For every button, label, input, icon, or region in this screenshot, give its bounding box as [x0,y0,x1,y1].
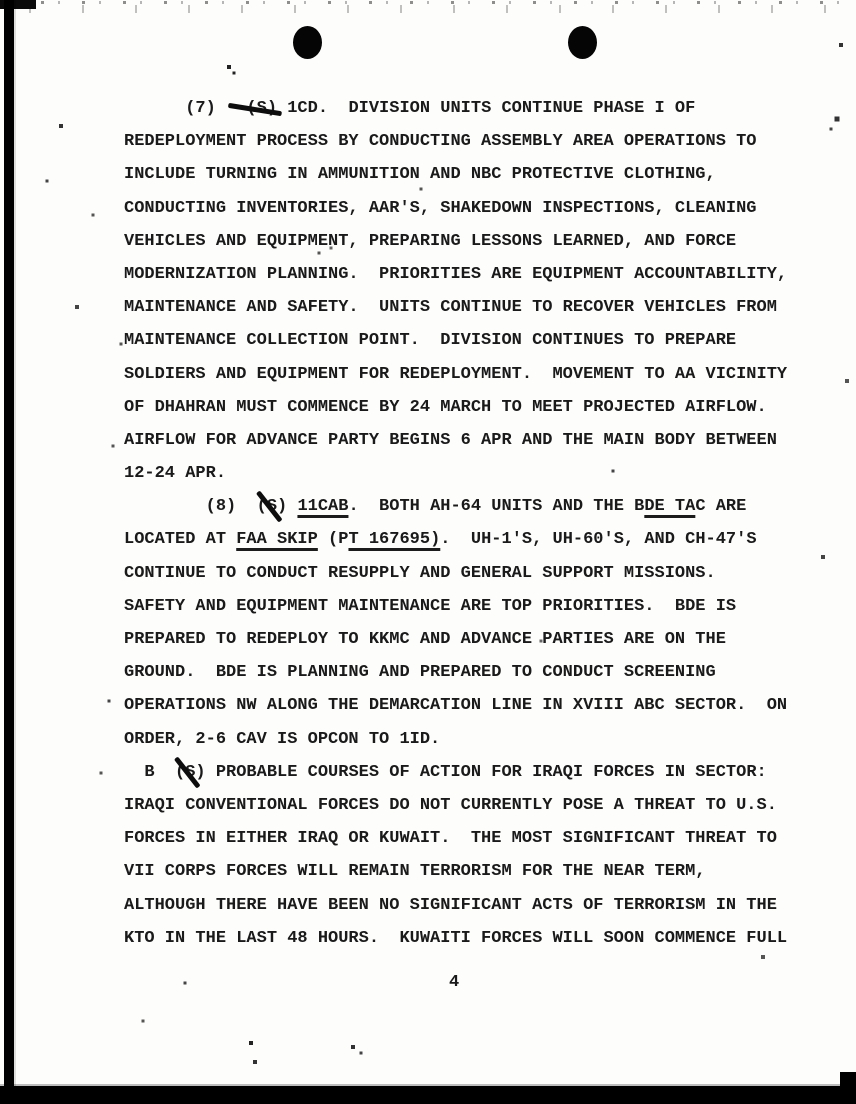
struck-classification-marking: (S) [246,92,277,125]
scanned-document-page: (7) (S) 1CD. DIVISION UNITS CONTINUE PHA… [0,0,856,1104]
text-segment: SOLDIERS AND EQUIPMENT FOR REDEPLOYMENT.… [124,365,787,384]
text-segment: (P [318,530,349,549]
text-line: ALTHOUGH THERE HAVE BEEN NO SIGNIFICANT … [124,889,804,922]
text-segment: CONDUCTING INVENTORIES, AAR'S, SHAKEDOWN… [124,199,757,218]
text-line: 12-24 APR. [124,457,804,490]
text-segment: ALTHOUGH THERE HAVE BEEN NO SIGNIFICANT … [124,896,777,915]
text-segment: MAINTENANCE AND SAFETY. UNITS CONTINUE T… [124,298,777,317]
scan-edge-bottom [0,1086,856,1104]
text-line: GROUND. BDE IS PLANNING AND PREPARED TO … [124,656,804,689]
text-segment: (7) [124,99,246,118]
text-segment: . BOTH AH-64 UNITS AND THE B [348,497,644,516]
scan-edge-left [4,0,14,1104]
text-segment: MODERNIZATION PLANNING. PRIORITIES ARE E… [124,265,787,284]
text-line: PREPARED TO REDEPLOY TO KKMC AND ADVANCE… [124,623,804,656]
text-segment: PREPARED TO REDEPLOY TO KKMC AND ADVANCE… [124,630,726,649]
text-line: KTO IN THE LAST 48 HOURS. KUWAITI FORCES… [124,922,804,955]
text-segment: C ARE [695,497,746,516]
text-segment: PROBABLE COURSES OF ACTION FOR IRAQI FOR… [206,763,767,782]
text-line: LOCATED AT FAA SKIP (PT 167695). UH-1'S,… [124,523,804,556]
text-line: (8) (S) 11CAB. BOTH AH-64 UNITS AND THE … [124,490,804,523]
text-line: (7) (S) 1CD. DIVISION UNITS CONTINUE PHA… [124,92,804,125]
text-line: MODERNIZATION PLANNING. PRIORITIES ARE E… [124,258,804,291]
text-line: INCLUDE TURNING IN AMMUNITION AND NBC PR… [124,158,804,191]
text-line: CONDUCTING INVENTORIES, AAR'S, SHAKEDOWN… [124,192,804,225]
underlined-text: T 167695) [348,530,440,549]
text-segment: FORCES IN EITHER IRAQ OR KUWAIT. THE MOS… [124,829,777,848]
text-segment: SAFETY AND EQUIPMENT MAINTENANCE ARE TOP… [124,597,736,616]
text-line: OPERATIONS NW ALONG THE DEMARCATION LINE… [124,689,804,722]
text-segment: INCLUDE TURNING IN AMMUNITION AND NBC PR… [124,165,716,184]
underlined-text: 11CAB [297,497,348,516]
text-segment: 1CD. DIVISION UNITS CONTINUE PHASE I OF [277,99,695,118]
text-line: ORDER, 2-6 CAV IS OPCON TO 1ID. [124,723,804,756]
text-line: B (S) PROBABLE COURSES OF ACTION FOR IRA… [124,756,804,789]
text-segment: . UH-1'S, UH-60'S, AND CH-47'S [440,530,756,549]
text-line: SOLDIERS AND EQUIPMENT FOR REDEPLOYMENT.… [124,358,804,391]
document-body: (7) (S) 1CD. DIVISION UNITS CONTINUE PHA… [124,92,804,955]
scan-noise-top-edge [0,0,856,13]
text-segment: KTO IN THE LAST 48 HOURS. KUWAITI FORCES… [124,929,787,948]
text-segment: (8) [124,497,257,516]
text-line: MAINTENANCE AND SAFETY. UNITS CONTINUE T… [124,291,804,324]
text-line: OF DHAHRAN MUST COMMENCE BY 24 MARCH TO … [124,391,804,424]
text-segment: REDEPLOYMENT PROCESS BY CONDUCTING ASSEM… [124,132,757,151]
text-segment: VII CORPS FORCES WILL REMAIN TERRORISM F… [124,862,706,881]
underlined-text: DE TA [644,497,695,516]
scan-speckle-noise [0,0,2,2]
text-segment: 12-24 APR. [124,464,226,483]
text-segment [287,497,297,516]
text-line: MAINTENANCE COLLECTION POINT. DIVISION C… [124,324,804,357]
hole-punch-right [568,26,597,59]
text-segment: MAINTENANCE COLLECTION POINT. DIVISION C… [124,331,736,350]
text-segment: IRAQI CONVENTIONAL FORCES DO NOT CURRENT… [124,796,777,815]
text-segment: ORDER, 2-6 CAV IS OPCON TO 1ID. [124,730,440,749]
text-segment: GROUND. BDE IS PLANNING AND PREPARED TO … [124,663,716,682]
text-segment: OPERATIONS NW ALONG THE DEMARCATION LINE… [124,696,787,715]
text-segment: AIRFLOW FOR ADVANCE PARTY BEGINS 6 APR A… [124,431,777,450]
text-segment: B [124,763,175,782]
text-line: SAFETY AND EQUIPMENT MAINTENANCE ARE TOP… [124,590,804,623]
text-line: VII CORPS FORCES WILL REMAIN TERRORISM F… [124,855,804,888]
text-segment: VEHICLES AND EQUIPMENT, PREPARING LESSON… [124,232,736,251]
text-line: FORCES IN EITHER IRAQ OR KUWAIT. THE MOS… [124,822,804,855]
text-segment: CONTINUE TO CONDUCT RESUPPLY AND GENERAL… [124,564,716,583]
page-number: 4 [449,973,459,992]
text-line: CONTINUE TO CONDUCT RESUPPLY AND GENERAL… [124,557,804,590]
hole-punch-left [293,26,322,59]
struck-classification-marking: (S) [257,490,288,523]
underlined-text: FAA SKIP [236,530,318,549]
scan-corner-bottom-right [840,1072,856,1104]
text-line: AIRFLOW FOR ADVANCE PARTY BEGINS 6 APR A… [124,424,804,457]
text-segment: OF DHAHRAN MUST COMMENCE BY 24 MARCH TO … [124,398,767,417]
struck-classification-marking: (S) [175,756,206,789]
text-line: REDEPLOYMENT PROCESS BY CONDUCTING ASSEM… [124,125,804,158]
text-segment: LOCATED AT [124,530,236,549]
text-line: VEHICLES AND EQUIPMENT, PREPARING LESSON… [124,225,804,258]
text-line: IRAQI CONVENTIONAL FORCES DO NOT CURRENT… [124,789,804,822]
